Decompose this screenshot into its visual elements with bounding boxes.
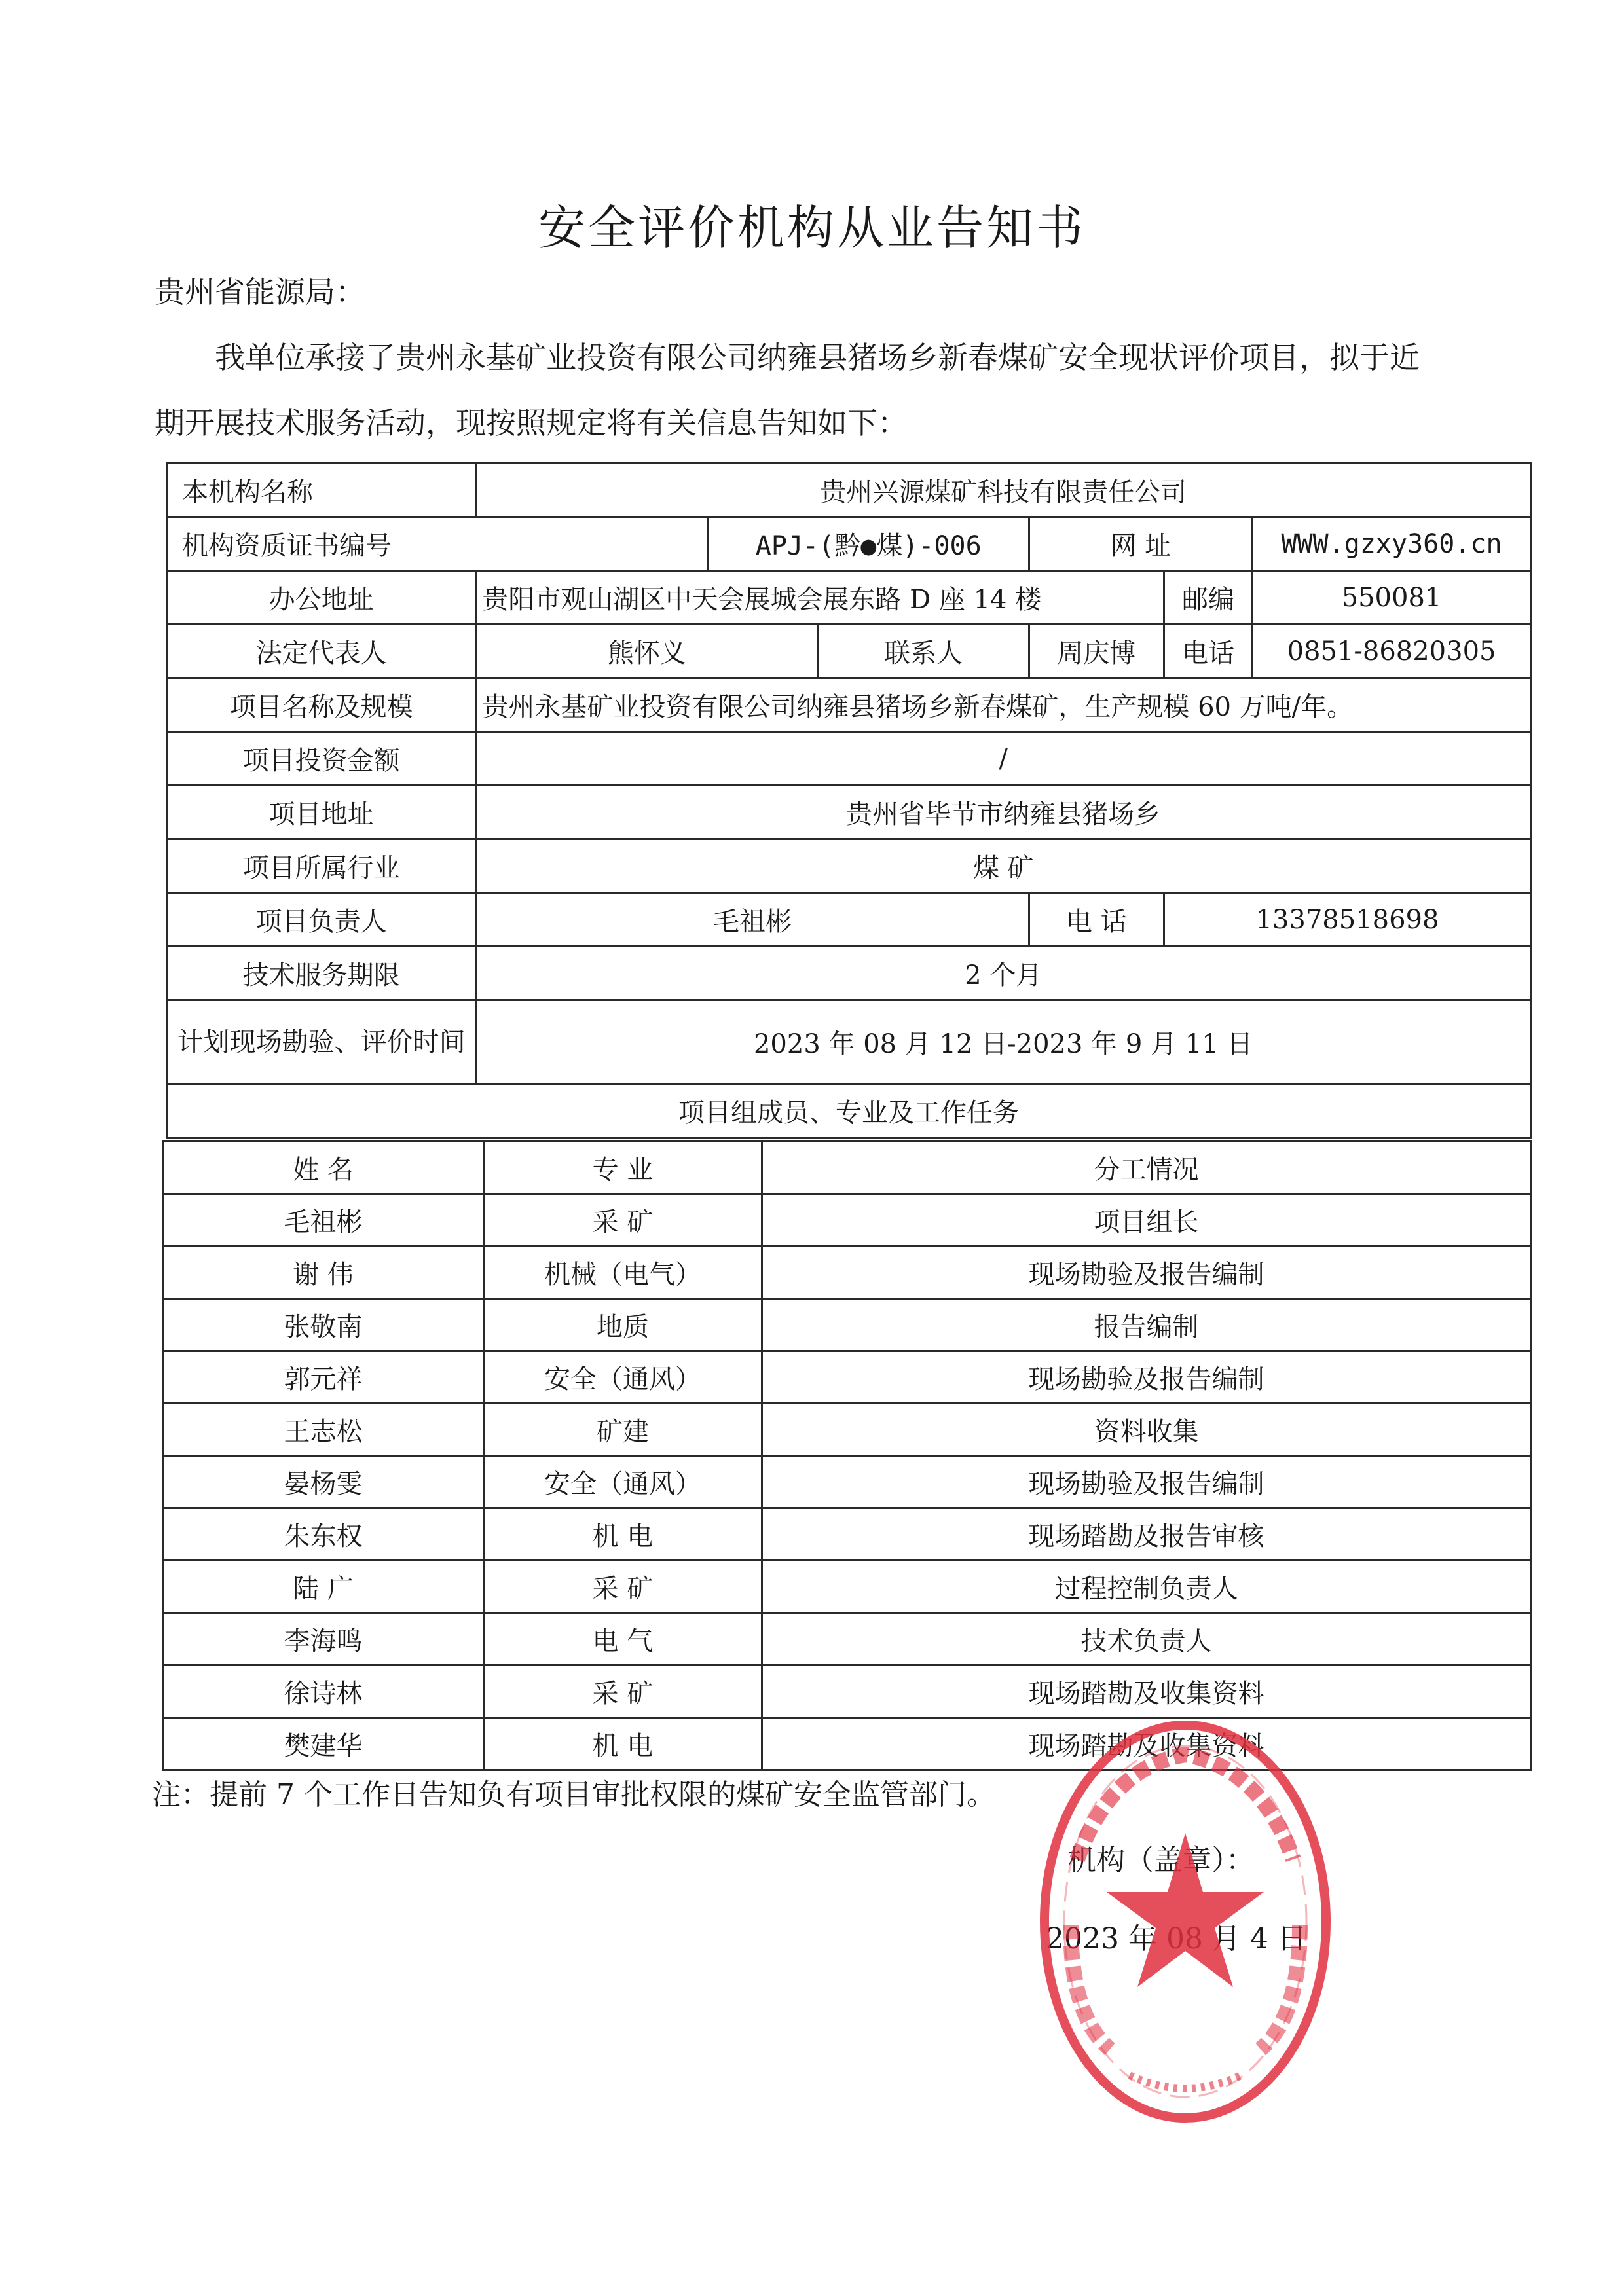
- project-name-value: 贵州永基矿业投资有限公司纳雍县猪场乡新春煤矿，生产规模 60 万吨/年。: [476, 678, 1531, 732]
- member-duty: 现场勘验及报告编制: [762, 1456, 1531, 1508]
- team-section-title: 项目组成员、专业及工作任务: [167, 1084, 1531, 1138]
- member-duty: 现场踏勘及收集资料: [762, 1718, 1531, 1770]
- project-address-label: 项目地址: [167, 786, 476, 839]
- table-row: 谢 伟 机械（电气） 现场勘验及报告编制: [163, 1247, 1531, 1299]
- header-name: 姓 名: [163, 1142, 484, 1194]
- body-paragraph-line-2: 期开展技术服务活动，现按照规定将有关信息告知如下：: [155, 399, 908, 443]
- member-name: 晏杨雯: [163, 1456, 484, 1508]
- signature-label: 机构（盖章）：: [1067, 1836, 1255, 1878]
- member-name: 张敬南: [163, 1299, 484, 1351]
- phone-label: 电话: [1164, 625, 1252, 678]
- member-duty: 资料收集: [762, 1404, 1531, 1456]
- member-major: 地质: [484, 1299, 762, 1351]
- agency-info-table: 本机构名称 贵州兴源煤矿科技有限责任公司 机构资质证书编号 APJ-(黔●煤)-…: [166, 462, 1532, 1139]
- member-duty: 项目组长: [762, 1194, 1531, 1247]
- schedule-value: 2023 年 08 月 12 日-2023 年 9 月 11 日: [476, 1000, 1531, 1084]
- member-major: 采 矿: [484, 1561, 762, 1613]
- table-row: 郭元祥 安全（通风） 现场勘验及报告编制: [163, 1351, 1531, 1404]
- leader-value: 毛祖彬: [476, 893, 1029, 947]
- member-name: 郭元祥: [163, 1351, 484, 1404]
- member-major: 安全（通风）: [484, 1351, 762, 1404]
- table-row: 晏杨雯 安全（通风） 现场勘验及报告编制: [163, 1456, 1531, 1508]
- addressee: 贵州省能源局：: [155, 268, 365, 312]
- header-duty: 分工情况: [762, 1142, 1531, 1194]
- table-row: 王志松 矿建 资料收集: [163, 1404, 1531, 1456]
- table-row: 李海鸣 电 气 技术负责人: [163, 1613, 1531, 1666]
- project-address-value: 贵州省毕节市纳雍县猪场乡: [476, 786, 1531, 839]
- member-duty: 现场勘验及报告编制: [762, 1247, 1531, 1299]
- team-table: 姓 名 专 业 分工情况 毛祖彬 采 矿 项目组长 谢 伟 机械（电气） 现场勘…: [162, 1140, 1532, 1771]
- table-row: 张敬南 地质 报告编制: [163, 1299, 1531, 1351]
- member-major: 采 矿: [484, 1194, 762, 1247]
- document-title: 安全评价机构从业告知书: [0, 190, 1624, 258]
- contact-label: 联系人: [818, 625, 1029, 678]
- leader-phone-value: 13378518698: [1164, 893, 1530, 947]
- member-name: 毛祖彬: [163, 1194, 484, 1247]
- phone-value: 0851-86820305: [1253, 625, 1531, 678]
- office-label: 办公地址: [167, 571, 476, 625]
- member-name: 朱东权: [163, 1508, 484, 1561]
- leader-label: 项目负责人: [167, 893, 476, 947]
- body-paragraph-line-1: 我单位承接了贵州永基矿业投资有限公司纳雍县猪场乡新春煤矿安全现状评价项目，拟于近: [215, 334, 1420, 377]
- legal-rep-value: 熊怀义: [476, 625, 818, 678]
- member-name: 陆 广: [163, 1561, 484, 1613]
- member-major: 机 电: [484, 1508, 762, 1561]
- member-major: 矿建: [484, 1404, 762, 1456]
- industry-value: 煤 矿: [476, 839, 1531, 893]
- investment-value: /: [476, 732, 1531, 786]
- signature-date: 2023 年 08 月 4 日: [1046, 1915, 1306, 1957]
- org-name-label: 本机构名称: [167, 464, 476, 517]
- table-row: 樊建华 机 电 现场踏勘及收集资料: [163, 1718, 1531, 1770]
- member-name: 樊建华: [163, 1718, 484, 1770]
- cert-value: APJ-(黔●煤)-006: [708, 517, 1029, 571]
- period-label: 技术服务期限: [167, 947, 476, 1000]
- project-name-label: 项目名称及规模: [167, 678, 476, 732]
- header-major: 专 业: [484, 1142, 762, 1194]
- member-duty: 现场踏勘及收集资料: [762, 1666, 1531, 1718]
- legal-rep-label: 法定代表人: [167, 625, 476, 678]
- org-name-value: 贵州兴源煤矿科技有限责任公司: [476, 464, 1531, 517]
- member-major: 机械（电气）: [484, 1247, 762, 1299]
- member-duty: 现场勘验及报告编制: [762, 1351, 1531, 1404]
- postcode-value: 550081: [1253, 571, 1531, 625]
- footer-note: 注：提前 7 个工作日告知负有项目审批权限的煤矿安全监管部门。: [152, 1771, 995, 1813]
- industry-label: 项目所属行业: [167, 839, 476, 893]
- leader-phone-label: 电 话: [1029, 893, 1164, 947]
- schedule-label: 计划现场勘验、评价时间: [167, 1000, 476, 1084]
- investment-label: 项目投资金额: [167, 732, 476, 786]
- postcode-label: 邮编: [1164, 571, 1252, 625]
- member-major: 电 气: [484, 1613, 762, 1666]
- website-label: 网 址: [1029, 517, 1252, 571]
- member-duty: 过程控制负责人: [762, 1561, 1531, 1613]
- member-major: 机 电: [484, 1718, 762, 1770]
- member-duty: 报告编制: [762, 1299, 1531, 1351]
- member-major: 采 矿: [484, 1666, 762, 1718]
- website-value: WWW.gzxy360.cn: [1253, 517, 1531, 571]
- member-name: 徐诗林: [163, 1666, 484, 1718]
- table-row: 徐诗林 采 矿 现场踏勘及收集资料: [163, 1666, 1531, 1718]
- table-row: 陆 广 采 矿 过程控制负责人: [163, 1561, 1531, 1613]
- member-name: 王志松: [163, 1404, 484, 1456]
- cert-label: 机构资质证书编号: [167, 517, 709, 571]
- table-row: 毛祖彬 采 矿 项目组长: [163, 1194, 1531, 1247]
- contact-value: 周庆博: [1029, 625, 1164, 678]
- member-name: 谢 伟: [163, 1247, 484, 1299]
- member-major: 安全（通风）: [484, 1456, 762, 1508]
- member-duty: 技术负责人: [762, 1613, 1531, 1666]
- member-duty: 现场踏勘及报告审核: [762, 1508, 1531, 1561]
- period-value: 2 个月: [476, 947, 1531, 1000]
- member-name: 李海鸣: [163, 1613, 484, 1666]
- table-row: 朱东权 机 电 现场踏勘及报告审核: [163, 1508, 1531, 1561]
- office-value: 贵阳市观山湖区中天会展城会展东路 D 座 14 楼: [476, 571, 1164, 625]
